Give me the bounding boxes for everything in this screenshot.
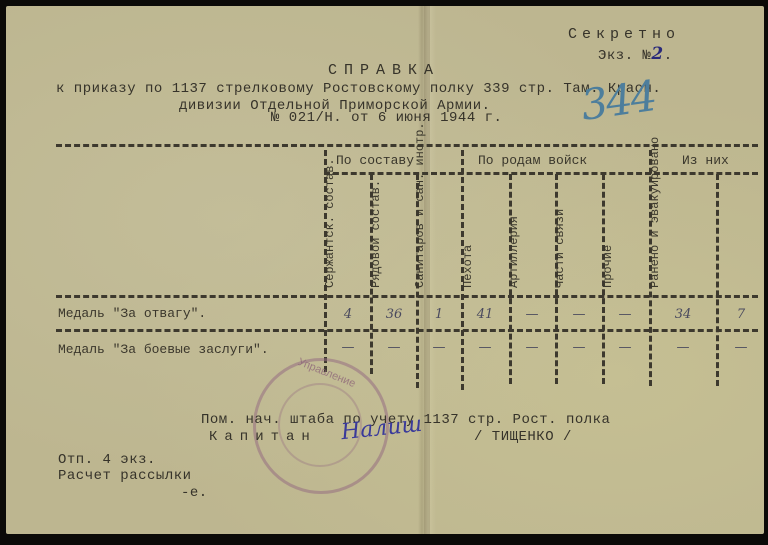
cell: — xyxy=(605,307,645,322)
copies-note: Отп. 4 экз. xyxy=(58,452,156,468)
row-label-combat-merit-medal: Медаль "За боевые заслуги". xyxy=(58,341,298,358)
heading-line-1: к приказу по 1137 стрелковому Ростовском… xyxy=(56,81,661,97)
document-title: СПРАВКА xyxy=(328,62,440,79)
cell: — xyxy=(559,340,599,355)
cell: 34 xyxy=(663,307,703,322)
col-header-other: Прочие xyxy=(602,188,614,288)
distribution-note: Расчет рассылки xyxy=(58,468,192,484)
cell: 41 xyxy=(465,307,505,322)
cell: — xyxy=(721,340,761,355)
rule-row-1 xyxy=(56,329,758,332)
copy-number-handwritten: 2 xyxy=(651,44,663,64)
rule-group-header xyxy=(324,172,758,175)
cell: 36 xyxy=(374,307,414,322)
cell: — xyxy=(374,340,414,355)
col-rule-8 xyxy=(716,174,719,386)
cell: — xyxy=(465,340,505,355)
copy-number: Экз. №2. xyxy=(598,44,673,64)
copy-label: Экз. № xyxy=(598,48,651,64)
cell: — xyxy=(663,340,703,355)
rule-header-bottom xyxy=(56,295,758,298)
col-header-artillery: Артиллерия xyxy=(508,188,520,288)
col-header-medics: Санитаров и сан. инстр. xyxy=(414,188,426,288)
group-header-composition: По составу xyxy=(336,153,414,168)
cell: 7 xyxy=(721,307,761,322)
cell: — xyxy=(328,340,368,355)
cell: — xyxy=(605,340,645,355)
col-header-signal: Части связи xyxy=(554,188,566,288)
col-header-wounded: Ранено и эвакуировано xyxy=(649,178,661,288)
col-header-infantry: Пехота xyxy=(462,188,474,288)
cell: 4 xyxy=(328,307,368,322)
group-header-of-them: Из них xyxy=(682,153,729,168)
classification-label: Секретно xyxy=(568,26,680,43)
distribution-tail: -е. xyxy=(181,485,208,501)
cell: — xyxy=(419,340,459,355)
cell: — xyxy=(512,340,552,355)
cell: 1 xyxy=(419,307,459,322)
col-header-privates: Рядовой состав. xyxy=(370,188,382,288)
signatory-rank: Капитан xyxy=(209,429,317,445)
group-header-branches: По родам войск xyxy=(478,153,587,168)
document-page: Секретно Экз. №2. СПРАВКА к приказу по 1… xyxy=(6,6,764,534)
cell: — xyxy=(559,307,599,322)
signatory-name: / ТИЩЕНКО / xyxy=(474,429,572,445)
cell: — xyxy=(512,307,552,322)
col-header-sergeants: Сержантск. состав. xyxy=(324,178,336,288)
handwritten-pencil-mark: 344 xyxy=(578,71,658,130)
row-label-bravery-medal: Медаль "За отвагу". xyxy=(58,306,206,321)
heading-line-3: № 021/Н. от 6 июня 1944 г. xyxy=(271,110,502,126)
